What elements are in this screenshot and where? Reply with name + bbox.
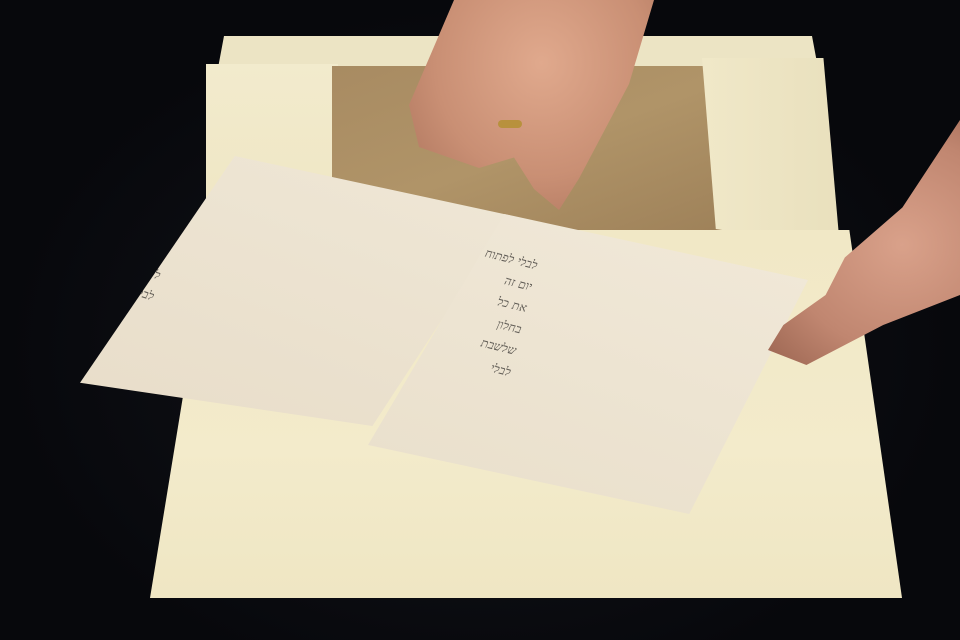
handwritten-line: של אביך [114, 229, 169, 265]
folder-right-flap [702, 58, 840, 248]
handwritten-line: לבל אמרי [101, 271, 156, 307]
handwritten-line: לכל עוד [108, 250, 163, 286]
gold-ring [498, 120, 522, 128]
photo-scene: לבלי ללכת בבוקר אחד ספר עלי של אביך לכל … [0, 0, 960, 640]
handwritten-line: לבלי ללכת [134, 166, 189, 202]
handwritten-line: ספר עלי [121, 208, 176, 244]
handwritten-line: בבוקר אחד [127, 187, 182, 223]
